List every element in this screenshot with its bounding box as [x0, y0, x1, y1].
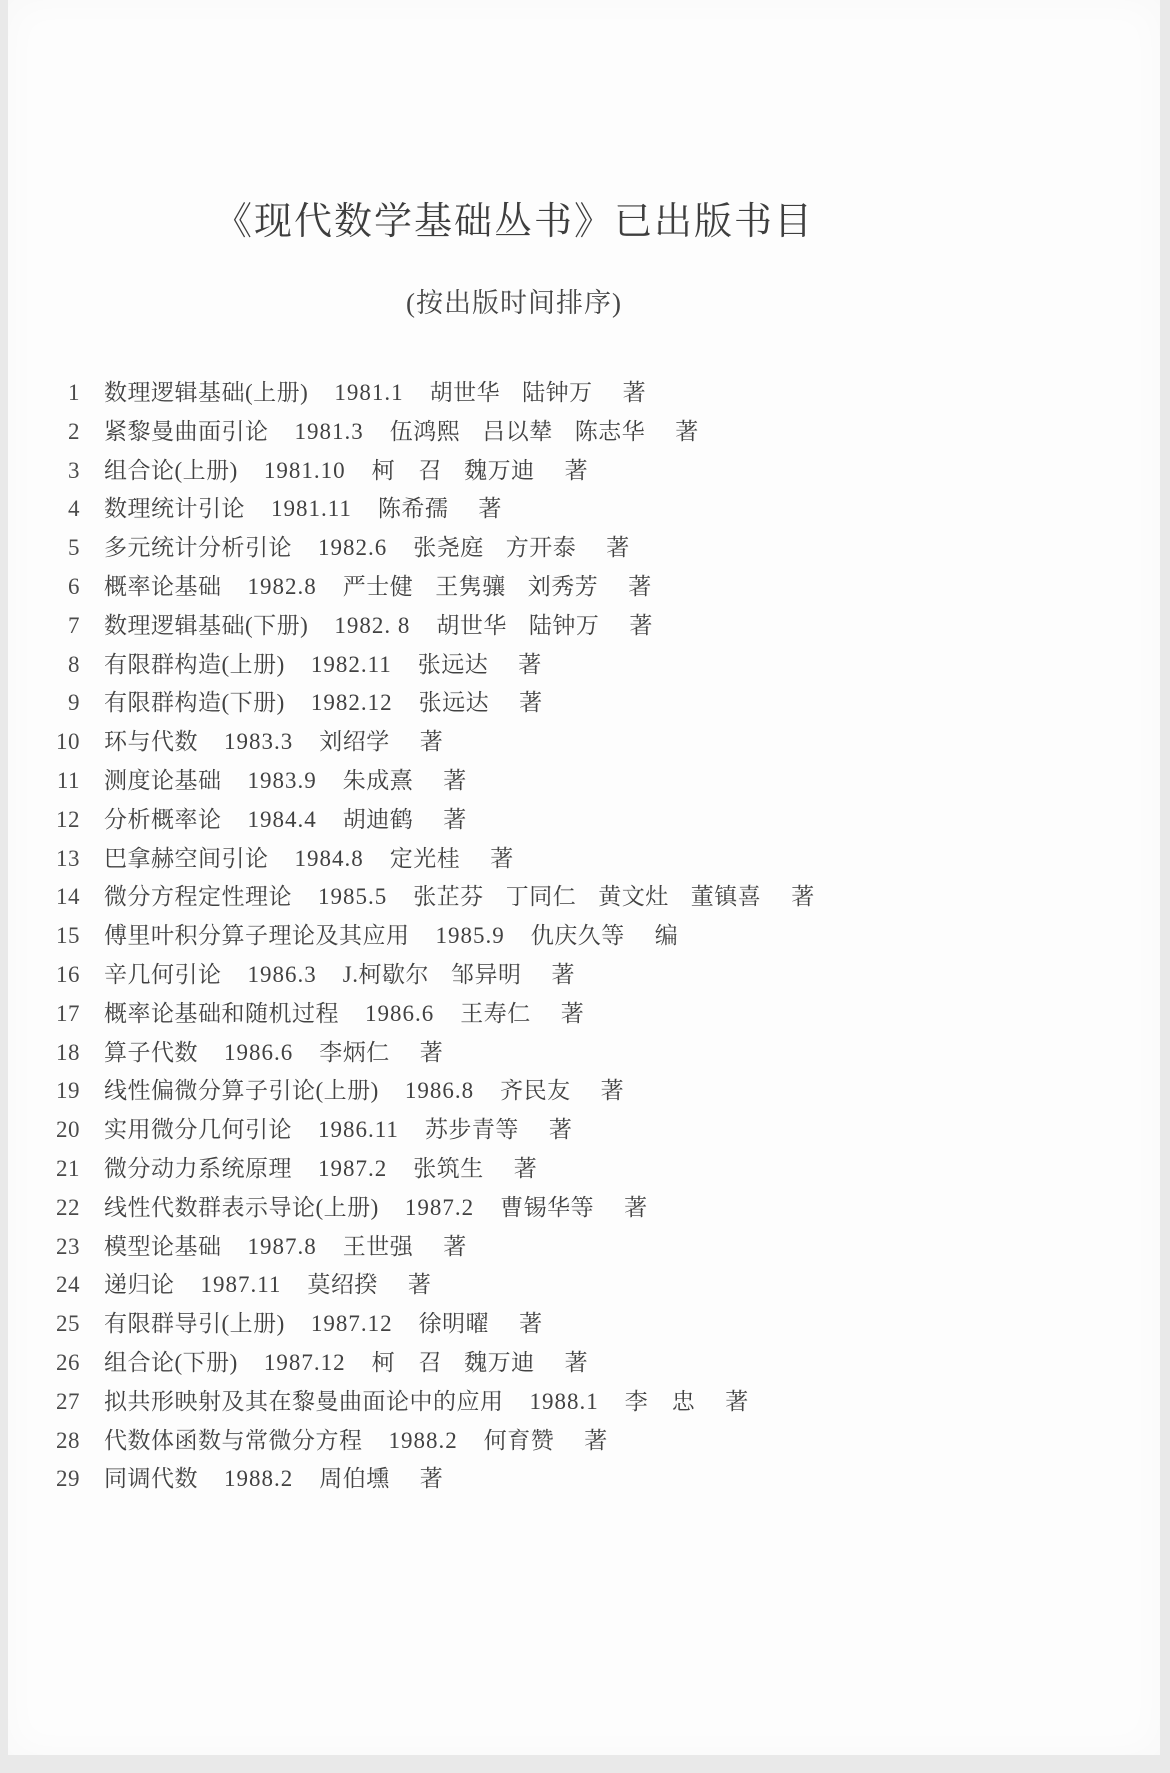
book-author: 严士健 [343, 574, 414, 599]
book-title: 拟共形映射及其在黎曼曲面论中的应用 [104, 1389, 504, 1414]
book-number: 4 [40, 490, 80, 529]
book-date: 1982.11 [311, 652, 392, 677]
book-author: 董镇喜 [691, 884, 762, 909]
book-date: 1981.10 [264, 458, 346, 483]
book-role: 著 [791, 884, 815, 909]
document-content: 《现代数学基础丛书》已出版书目 (按出版时间排序) 1数理逻辑基础(上册)198… [40, 0, 988, 1499]
book-role: 著 [420, 729, 444, 754]
book-title: 递归论 [104, 1272, 175, 1297]
book-date: 1981.11 [271, 496, 352, 521]
book-title: 微分方程定性理论 [104, 884, 292, 909]
book-number: 6 [40, 568, 80, 607]
book-row: 22线性代数群表示导论(上册)1987.2曹锡华等著 [40, 1189, 988, 1228]
book-row: 4数理统计引论1981.11陈希孺著 [40, 490, 988, 529]
book-role: 著 [443, 768, 467, 793]
book-number: 25 [40, 1305, 80, 1344]
book-row: 3组合论(上册)1981.10柯 召魏万迪著 [40, 452, 988, 491]
book-number: 1 [40, 374, 80, 413]
book-role: 著 [551, 962, 575, 987]
book-role: 著 [725, 1389, 749, 1414]
book-role: 著 [420, 1466, 444, 1491]
book-number: 13 [40, 840, 80, 879]
book-row: 29同调代数1988.2周伯壎著 [40, 1460, 988, 1499]
book-date: 1988.2 [389, 1428, 458, 1453]
book-title: 巴拿赫空间引论 [104, 846, 269, 871]
book-title: 数理逻辑基础(下册) [104, 613, 308, 638]
book-date: 1984.4 [248, 807, 317, 832]
book-number: 22 [40, 1189, 80, 1228]
book-row: 8有限群构造(上册)1982.11张远达著 [40, 646, 988, 685]
book-role: 编 [655, 923, 679, 948]
book-row: 12分析概率论1984.4胡迪鹤著 [40, 801, 988, 840]
book-author: 柯 召 [372, 458, 443, 483]
book-title: 多元统计分析引论 [104, 535, 292, 560]
book-title: 分析概率论 [104, 807, 222, 832]
book-role: 著 [565, 458, 589, 483]
book-author: 胡迪鹤 [343, 807, 414, 832]
book-title: 有限群构造(上册) [104, 652, 285, 677]
book-title: 有限群导引(上册) [104, 1311, 285, 1336]
book-row: 20实用微分几何引论1986.11苏步青等著 [40, 1111, 988, 1150]
book-title: 有限群构造(下册) [104, 690, 285, 715]
book-number: 24 [40, 1266, 80, 1305]
book-number: 10 [40, 723, 80, 762]
book-author: 莫绍揆 [307, 1272, 378, 1297]
book-row: 10环与代数1983.3刘绍学著 [40, 723, 988, 762]
book-role: 著 [443, 807, 467, 832]
book-row: 28代数体函数与常微分方程1988.2何育赞著 [40, 1422, 988, 1461]
book-role: 著 [601, 1078, 625, 1103]
book-number: 9 [40, 684, 80, 723]
book-date: 1983.3 [224, 729, 293, 754]
book-number: 27 [40, 1383, 80, 1422]
book-author: 伍鸿熙 [390, 419, 461, 444]
book-title: 线性偏微分算子引论(上册) [104, 1078, 379, 1103]
book-number: 12 [40, 801, 80, 840]
book-author: 丁同仁 [506, 884, 577, 909]
book-date: 1982.8 [248, 574, 317, 599]
book-date: 1986.3 [248, 962, 317, 987]
book-row: 2紧黎曼曲面引论1981.3伍鸿熙吕以辇陈志华著 [40, 413, 988, 452]
book-row: 15傅里叶积分算子理论及其应用1985.9仇庆久等编 [40, 917, 988, 956]
book-author: 定光桂 [390, 846, 461, 871]
book-author: 张筑生 [413, 1156, 484, 1181]
book-row: 17概率论基础和随机过程1986.6王寿仁著 [40, 995, 988, 1034]
book-row: 24递归论1987.11莫绍揆著 [40, 1266, 988, 1305]
book-date: 1982.6 [318, 535, 387, 560]
book-title: 算子代数 [104, 1040, 198, 1065]
book-row: 11测度论基础1983.9朱成熹著 [40, 762, 988, 801]
book-number: 17 [40, 995, 80, 1034]
book-role: 著 [549, 1117, 573, 1142]
book-role: 著 [490, 846, 514, 871]
book-date: 1984.8 [295, 846, 364, 871]
page-subtitle: (按出版时间排序) [40, 281, 988, 320]
book-title: 测度论基础 [104, 768, 222, 793]
book-title: 实用微分几何引论 [104, 1117, 292, 1142]
scanned-page: 《现代数学基础丛书》已出版书目 (按出版时间排序) 1数理逻辑基础(上册)198… [8, 0, 1160, 1755]
book-date: 1987.11 [201, 1272, 282, 1297]
book-number: 21 [40, 1150, 80, 1189]
book-number: 7 [40, 607, 80, 646]
book-date: 1985.9 [436, 923, 505, 948]
book-title: 环与代数 [104, 729, 198, 754]
book-author: 胡世华 [436, 613, 507, 638]
book-author: 黄文灶 [598, 884, 669, 909]
book-author: 柯 召 [372, 1350, 443, 1375]
book-number: 23 [40, 1228, 80, 1267]
book-author: 王寿仁 [460, 1001, 531, 1026]
book-date: 1987.2 [405, 1195, 474, 1220]
book-author: 吕以辇 [482, 419, 553, 444]
book-row: 26组合论(下册)1987.12柯 召魏万迪著 [40, 1344, 988, 1383]
book-title: 辛几何引论 [104, 962, 222, 987]
book-row: 7数理逻辑基础(下册)1982. 8胡世华陆钟万著 [40, 607, 988, 646]
book-list: 1数理逻辑基础(上册)1981.1胡世华陆钟万著2紧黎曼曲面引论1981.3伍鸿… [40, 374, 988, 1499]
book-date: 1982.12 [311, 690, 393, 715]
book-date: 1986.8 [405, 1078, 474, 1103]
book-author: 曹锡华等 [500, 1195, 594, 1220]
book-author: 何育赞 [484, 1428, 555, 1453]
book-date: 1987.2 [318, 1156, 387, 1181]
book-row: 13巴拿赫空间引论1984.8定光桂著 [40, 840, 988, 879]
book-author: 魏万迪 [464, 1350, 535, 1375]
book-row: 9有限群构造(下册)1982.12张远达著 [40, 684, 988, 723]
book-author: 朱成熹 [343, 768, 414, 793]
book-number: 16 [40, 956, 80, 995]
book-author: 王世强 [343, 1234, 414, 1259]
book-role: 著 [628, 574, 652, 599]
book-author: 王隽骧 [435, 574, 506, 599]
book-author: 胡世华 [430, 380, 501, 405]
book-row: 23模型论基础1987.8王世强著 [40, 1228, 988, 1267]
book-number: 29 [40, 1460, 80, 1499]
book-number: 20 [40, 1111, 80, 1150]
book-role: 著 [478, 496, 502, 521]
book-author: 徐明曜 [419, 1311, 490, 1336]
book-date: 1988.2 [224, 1466, 293, 1491]
book-title: 傅里叶积分算子理论及其应用 [104, 923, 410, 948]
book-title: 概率论基础和随机过程 [104, 1001, 339, 1026]
book-author: 邹异明 [451, 962, 522, 987]
book-row: 27拟共形映射及其在黎曼曲面论中的应用1988.1李 忠著 [40, 1383, 988, 1422]
page-title: 《现代数学基础丛书》已出版书目 [40, 190, 988, 245]
book-role: 著 [623, 380, 647, 405]
book-number: 18 [40, 1034, 80, 1073]
book-date: 1987.8 [248, 1234, 317, 1259]
book-author: 李 忠 [625, 1389, 696, 1414]
book-row: 21微分动力系统原理1987.2张筑生著 [40, 1150, 988, 1189]
book-author: 张尧庭 [413, 535, 484, 560]
book-title: 概率论基础 [104, 574, 222, 599]
book-role: 著 [629, 613, 653, 638]
book-number: 2 [40, 413, 80, 452]
book-number: 19 [40, 1072, 80, 1111]
book-row: 5多元统计分析引论1982.6张尧庭方开泰著 [40, 529, 988, 568]
book-date: 1985.5 [318, 884, 387, 909]
book-number: 15 [40, 917, 80, 956]
book-date: 1981.3 [295, 419, 364, 444]
book-date: 1982. 8 [334, 613, 410, 638]
book-author: 陆钟万 [522, 380, 593, 405]
book-row: 6概率论基础1982.8严士健王隽骧刘秀芳著 [40, 568, 988, 607]
book-date: 1981.1 [334, 380, 403, 405]
book-title: 同调代数 [104, 1466, 198, 1491]
book-title: 紧黎曼曲面引论 [104, 419, 269, 444]
book-number: 3 [40, 452, 80, 491]
book-author: 张远达 [419, 690, 490, 715]
book-title: 组合论(下册) [104, 1350, 238, 1375]
book-number: 28 [40, 1422, 80, 1461]
book-role: 著 [561, 1001, 585, 1026]
book-role: 著 [408, 1272, 432, 1297]
book-title: 微分动力系统原理 [104, 1156, 292, 1181]
book-author: 刘秀芳 [528, 574, 599, 599]
book-author: 陆钟万 [529, 613, 600, 638]
book-author: 张远达 [418, 652, 489, 677]
book-row: 16辛几何引论1986.3J.柯歇尔邹异明著 [40, 956, 988, 995]
book-author: J.柯歇尔 [343, 962, 429, 987]
book-role: 著 [565, 1350, 589, 1375]
book-role: 著 [675, 419, 699, 444]
book-author: 刘绍学 [319, 729, 390, 754]
book-role: 著 [443, 1234, 467, 1259]
book-date: 1987.12 [264, 1350, 346, 1375]
book-author: 齐民友 [500, 1078, 571, 1103]
book-title: 线性代数群表示导论(上册) [104, 1195, 379, 1220]
book-date: 1986.11 [318, 1117, 399, 1142]
book-author: 魏万迪 [464, 458, 535, 483]
book-row: 25有限群导引(上册)1987.12徐明曜著 [40, 1305, 988, 1344]
book-author: 李炳仁 [319, 1040, 390, 1065]
book-title: 数理逻辑基础(上册) [104, 380, 308, 405]
book-number: 8 [40, 646, 80, 685]
book-role: 著 [519, 690, 543, 715]
book-author: 苏步青等 [425, 1117, 519, 1142]
book-row: 19线性偏微分算子引论(上册)1986.8齐民友著 [40, 1072, 988, 1111]
book-role: 著 [420, 1040, 444, 1065]
book-author: 仇庆久等 [531, 923, 625, 948]
book-number: 14 [40, 878, 80, 917]
book-date: 1986.6 [224, 1040, 293, 1065]
book-title: 数理统计引论 [104, 496, 245, 521]
book-row: 14微分方程定性理论1985.5张芷芬丁同仁黄文灶董镇喜著 [40, 878, 988, 917]
book-role: 著 [584, 1428, 608, 1453]
book-title: 代数体函数与常微分方程 [104, 1428, 363, 1453]
book-row: 18算子代数1986.6李炳仁著 [40, 1034, 988, 1073]
book-author: 陈希孺 [378, 496, 449, 521]
book-role: 著 [518, 652, 542, 677]
book-author: 张芷芬 [413, 884, 484, 909]
book-author: 陈志华 [575, 419, 646, 444]
book-date: 1988.1 [530, 1389, 599, 1414]
book-role: 著 [514, 1156, 538, 1181]
book-role: 著 [519, 1311, 543, 1336]
book-role: 著 [624, 1195, 648, 1220]
book-date: 1987.12 [311, 1311, 393, 1336]
book-number: 5 [40, 529, 80, 568]
book-author: 周伯壎 [319, 1466, 390, 1491]
book-author: 方开泰 [506, 535, 577, 560]
book-title: 模型论基础 [104, 1234, 222, 1259]
book-number: 26 [40, 1344, 80, 1383]
book-date: 1986.6 [365, 1001, 434, 1026]
book-number: 11 [40, 762, 80, 801]
book-role: 著 [606, 535, 630, 560]
book-row: 1数理逻辑基础(上册)1981.1胡世华陆钟万著 [40, 374, 988, 413]
book-title: 组合论(上册) [104, 458, 238, 483]
book-date: 1983.9 [248, 768, 317, 793]
